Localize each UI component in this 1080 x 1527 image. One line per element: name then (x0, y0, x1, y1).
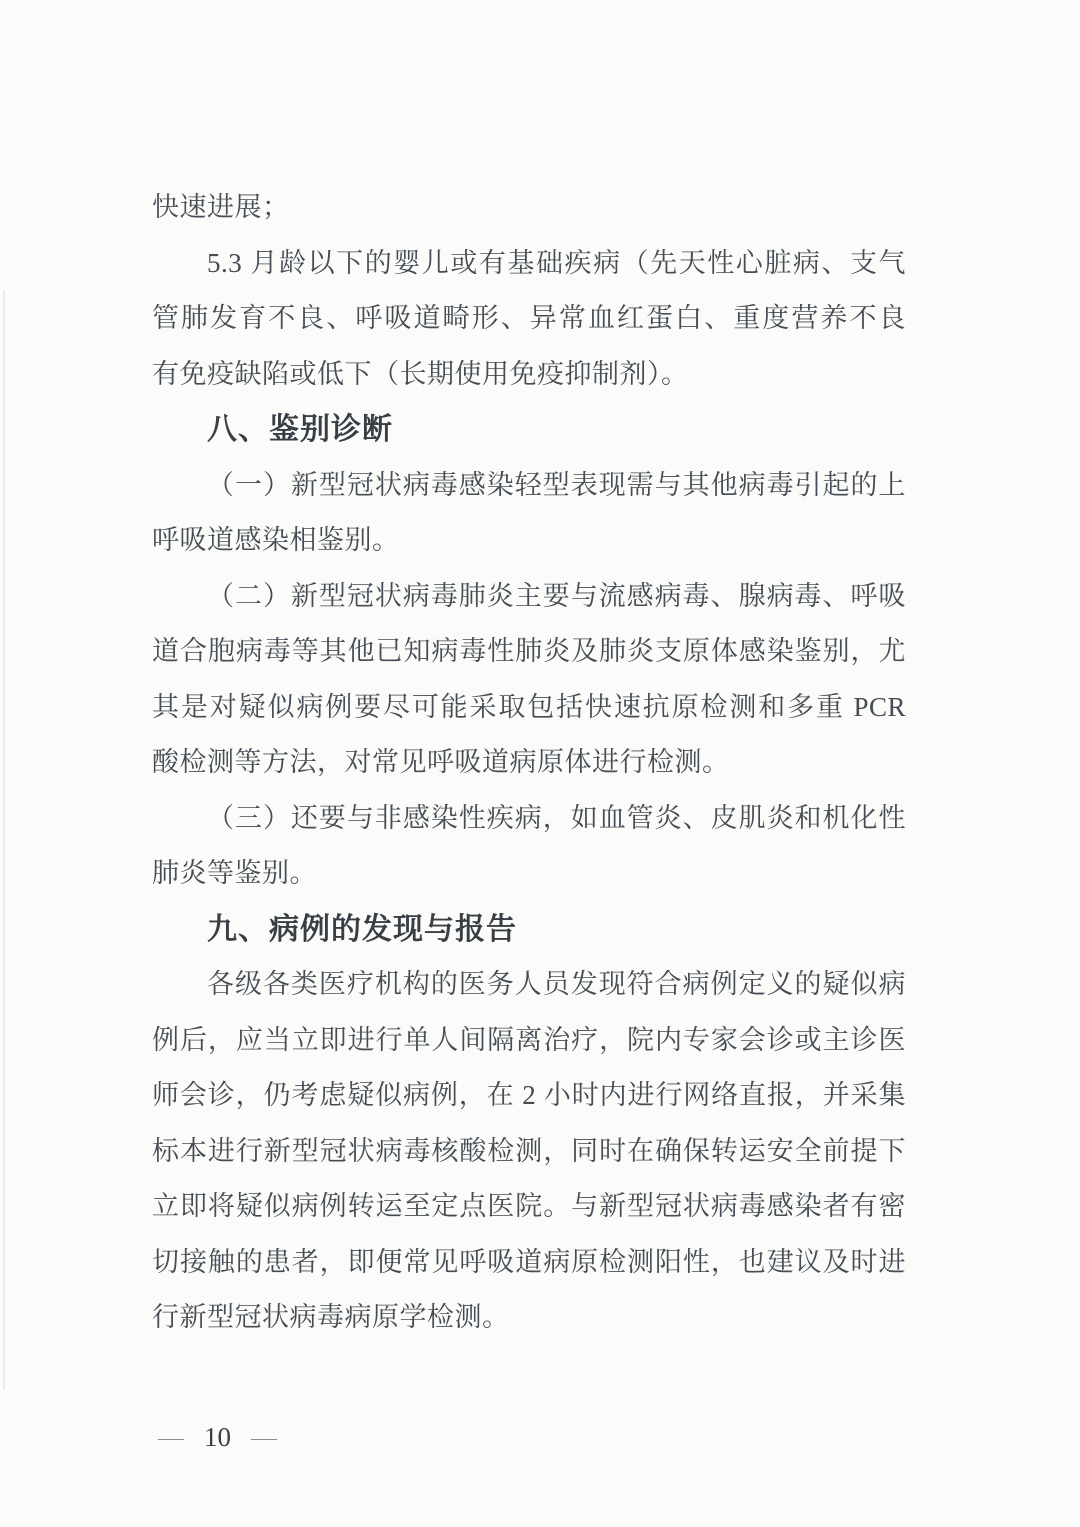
footer-dash-left: — (158, 1428, 184, 1448)
text-line: 管肺发育不良、呼吸道畸形、异常血红蛋白、重度营养不良等）， (152, 291, 906, 347)
document-body: 快速进展；5.3 月龄以下的婴儿或有基础疾病（先天性心脏病、支气管肺发育不良、呼… (152, 180, 906, 1346)
text-line: 道合胞病毒等其他已知病毒性肺炎及肺炎支原体感染鉴别，尤 (152, 624, 906, 680)
text-line: 例后，应当立即进行单人间隔离治疗，院内专家会诊或主诊医 (152, 1013, 906, 1069)
page-number: 10 (204, 1424, 231, 1451)
text-line: （二）新型冠状病毒肺炎主要与流感病毒、腺病毒、呼吸 (152, 569, 906, 625)
footer-dash-right: — (251, 1428, 277, 1448)
section-heading: 九、病例的发现与报告 (152, 902, 906, 958)
text-line: 快速进展； (152, 180, 906, 236)
scan-artifact-line (3, 290, 5, 1390)
text-line: 切接触的患者，即便常见呼吸道病原检测阳性，也建议及时进 (152, 1235, 906, 1291)
text-line: 其是对疑似病例要尽可能采取包括快速抗原检测和多重 PCR 核 (152, 680, 906, 736)
text-line: 酸检测等方法，对常见呼吸道病原体进行检测。 (152, 735, 906, 791)
page-footer: — 10 — (158, 1424, 277, 1451)
text-line: （三）还要与非感染性疾病，如血管炎、皮肌炎和机化性 (152, 791, 906, 847)
text-line: 行新型冠状病毒病原学检测。 (152, 1290, 906, 1346)
text-line: （一）新型冠状病毒感染轻型表现需与其他病毒引起的上 (152, 458, 906, 514)
text-line: 师会诊，仍考虑疑似病例，在 2 小时内进行网络直报，并采集 (152, 1068, 906, 1124)
text-line: 肺炎等鉴别。 (152, 846, 906, 902)
text-line: 标本进行新型冠状病毒核酸检测，同时在确保转运安全前提下 (152, 1124, 906, 1180)
text-line: 呼吸道感染相鉴别。 (152, 513, 906, 569)
text-line: 5.3 月龄以下的婴儿或有基础疾病（先天性心脏病、支气 (152, 236, 906, 292)
text-line: 有免疫缺陷或低下（长期使用免疫抑制剂）。 (152, 347, 906, 403)
section-heading: 八、鉴别诊断 (152, 402, 906, 458)
text-line: 立即将疑似病例转运至定点医院。与新型冠状病毒感染者有密 (152, 1179, 906, 1235)
text-line: 各级各类医疗机构的医务人员发现符合病例定义的疑似病 (152, 957, 906, 1013)
document-page: 快速进展；5.3 月龄以下的婴儿或有基础疾病（先天性心脏病、支气管肺发育不良、呼… (0, 0, 1080, 1527)
